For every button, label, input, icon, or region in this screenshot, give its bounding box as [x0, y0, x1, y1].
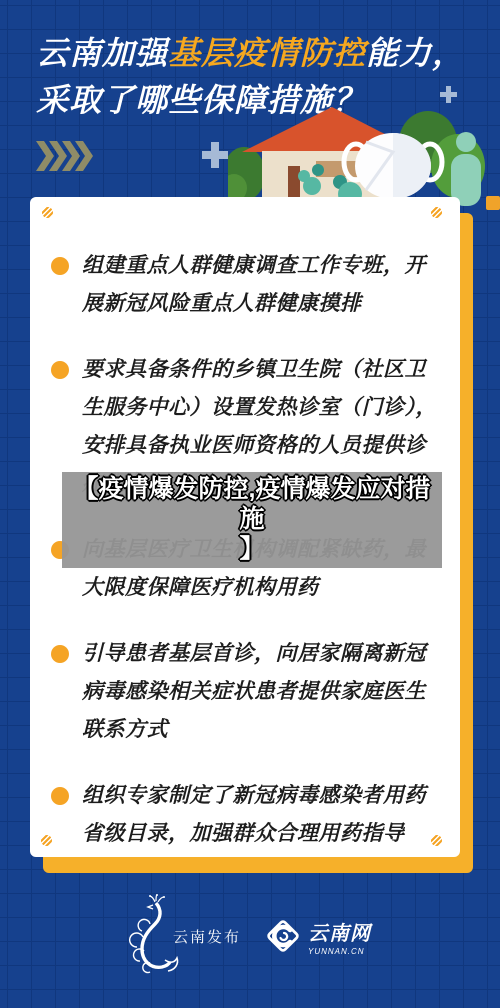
- person-figure: [456, 132, 476, 152]
- publisher-logo-group: 云南发布: [129, 894, 241, 978]
- bullet-dot-icon: [51, 257, 69, 275]
- title-line1-highlight: 基层疫情防控: [168, 35, 366, 71]
- coin-icon: [42, 207, 53, 218]
- site-domain: YUNNAN.CN: [308, 947, 371, 956]
- house-mask-illustration: [228, 104, 500, 210]
- site-name-block: 云南网 YUNNAN.CN: [308, 917, 371, 956]
- watermark-line2: 】: [62, 534, 442, 564]
- bullet-dot-icon: [51, 787, 69, 805]
- bullet-dot-icon: [51, 361, 69, 379]
- list-item: 组织专家制定了新冠病毒感染者用药省级目录，加强群众合理用药指导: [51, 777, 451, 853]
- footer: 云南发布 云南网 YUNNAN.CN: [0, 894, 500, 978]
- plus-icon: [440, 86, 457, 103]
- list-item: 引导患者基层首诊，向居家隔离新冠病毒感染相关症状患者提供家庭医生联系方式: [51, 635, 451, 749]
- caption-watermark: 【疫情爆发防控,疫情爆发应对措施 】: [62, 472, 442, 568]
- plus-icon: [202, 142, 228, 168]
- title-line1-pre: 云南加强: [36, 35, 168, 71]
- publisher-name: 云南发布: [173, 926, 241, 947]
- plant-pot: [486, 196, 500, 210]
- measure-text: 组织专家制定了新冠病毒感染者用药省级目录，加强群众合理用药指导: [82, 777, 444, 853]
- chevrons-icon: [36, 141, 94, 171]
- yunnan-net-logo-icon: [263, 916, 303, 956]
- measure-text: 引导患者基层首诊，向居家隔离新冠病毒感染相关症状患者提供家庭医生联系方式: [82, 635, 444, 749]
- watermark-line1: 【疫情爆发防控,疫情爆发应对措施: [62, 474, 442, 534]
- title-line1: 云南加强基层疫情防控能力，: [36, 30, 465, 77]
- coin-icon: [431, 207, 442, 218]
- measure-text: 组建重点人群健康调查工作专班，开展新冠风险重点人群健康摸排: [82, 247, 444, 323]
- site-name: 云南网: [308, 917, 371, 946]
- poster: 云南加强基层疫情防控能力， 采取了哪些保障措施？: [0, 0, 500, 1008]
- title-line1-post: 能力，: [366, 35, 465, 71]
- bullet-dot-icon: [51, 645, 69, 663]
- list-item: 组建重点人群健康调查工作专班，开展新冠风险重点人群健康摸排: [51, 247, 451, 323]
